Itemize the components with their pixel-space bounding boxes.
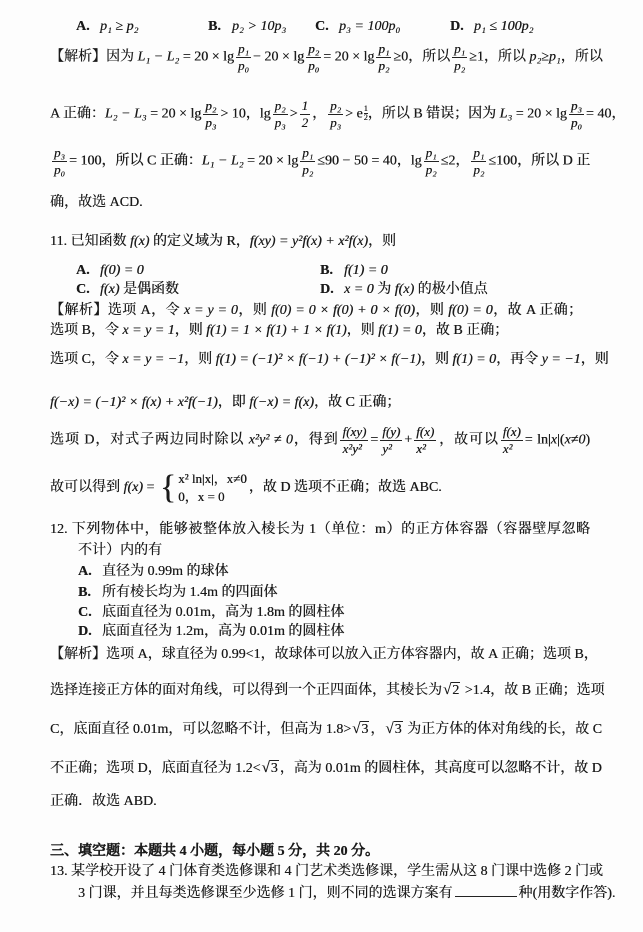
math-expression: p₁ ≤ 100p₂ [474,19,533,34]
math-expression: f(x) [124,480,143,495]
fraction: p₁p₂ [424,146,439,177]
text-run: ≥1，所以 [469,50,529,65]
text-run: ，则 [368,234,396,249]
text-run: ，故可以 [438,433,499,448]
q10-analysis-line-4: 确，故选 ACD. [50,194,143,212]
option-body: 底面直径为 0.01m，高为 1.8m 的圆柱体 [102,605,344,620]
square-root: 3 [385,720,402,739]
option-body: 直径为 0.99m 的球体 [102,564,228,579]
text-run: 选项 D，对式子两边同时除以 [50,433,249,448]
math-expression: f(1) = 0 [452,352,496,367]
math-expression: f(x) [130,234,149,249]
text-run: ， [370,722,384,737]
piecewise-function: x² ln|x|，x≠00，x = 0 [160,470,247,506]
text-run: 不计）内的有 [78,543,162,558]
fraction-denominator: x²y² [340,441,368,456]
text-run: ，即 [218,395,250,410]
text-run: ，故 B 正确； [422,323,508,338]
text-run: > e [345,107,363,122]
q11-option-c: C.f(x) 是偶函数 [76,281,179,299]
q12-stem-line-2: 不计）内的有 [78,542,162,560]
math-expression: f(1) = 0 [344,263,388,278]
fraction-numerator: 1 [300,99,311,115]
answer-blank [455,884,517,897]
text-run: = 20 × lg [323,50,374,65]
square-root: 3 [352,720,369,739]
math-expression: x = 0 [344,282,374,297]
fraction-numerator: f(x) [414,425,436,441]
text-run: = ln| [525,433,551,448]
q10-option-c: C.p₃ = 100p₀ [315,18,400,36]
q10-analysis-line-2: A 正确：L₂ − L₃ = 20 × lgp₂p₃> 10，lgp₂p₃>12… [50,99,590,130]
fraction: p₁p₀ [236,42,251,73]
q11-stem: 11. 已知函数 f(x) 的定义域为 R，f(xy) = y²f(x) + x… [50,233,396,251]
option-label: C. [76,281,100,299]
text-run: 【解析】选项 A，令 [50,303,184,318]
option-body: p₂ > 10p₃ [232,19,286,34]
fraction: p₂p₃ [203,99,218,130]
q12-option-d: D.底面直径为 1.2m，高为 0.01m 的圆柱体 [78,623,344,641]
q10-option-d: D.p₁ ≤ 100p₂ [450,18,533,36]
fraction-denominator: p₂ [452,58,467,73]
text-run: − 20 × lg [253,50,304,65]
option-body: f(1) = 0 [344,263,388,278]
text-run: ，则 [238,303,271,318]
fraction: 12 [300,99,311,130]
text-run: 直径为 0.99m 的球体 [102,564,228,579]
math-expression: p₂≥p₁ [529,50,560,65]
math-expression: L₃ [500,107,513,122]
math-expression: f(x) [395,282,414,297]
option-body: p₃ = 100p₀ [339,19,400,34]
text-run: ，得到 [293,433,339,448]
fraction-denominator: p₂ [471,162,486,177]
q12-analysis-line-3: C，底面直径 0.01m，可以忽略不计，但高为 1.8>3，3 为正方体的体对角… [50,720,590,739]
text-run: 底面直径为 0.01m，高为 1.8m 的圆柱体 [102,605,344,620]
math-expression: x = y = 1 [122,323,174,338]
text-run: ，则 [421,352,453,367]
text-run: 选项 B，令 [50,323,122,338]
q12-stem-line-1: 12. 下列物体中，能够被整体放入棱长为 1（单位：m）的正方体容器（容器壁厚忽… [50,521,590,539]
math-expression: f(0) = 0 × f(0) + 0 × f(0) [271,303,415,318]
text-run: 12. 下列物体中，能够被整体放入棱长为 1（单位：m）的正方体容器（容器壁厚忽… [50,522,590,537]
q10-analysis-line-1: 【解析】因为 L₁ − L₂ = 20 × lgp₁p₀− 20 × lgp₂p… [50,42,590,73]
text-run: = 40， [586,107,625,122]
math-expression: f(xy) = y²f(x) + x²f(x) [250,234,368,249]
text-run: 11. 已知函数 [50,234,130,249]
q13-stem-line-1: 13. 某学校开设了 4 门体育类选修课和 4 门艺术类选修课，学生需从这 8 … [50,863,590,881]
fraction-numerator: p₂ [328,99,343,115]
q12-option-c: C.底面直径为 0.01m，高为 1.8m 的圆柱体 [78,604,344,622]
fraction: f(y)y² [380,425,402,456]
text-run: ， [312,107,326,122]
text-run: ，高为 0.01m 的圆柱体，其高度可以忽略不计，故 D [280,761,602,776]
fraction-numerator: p₃ [569,99,584,115]
text-run: 为正方体的体对角线的长，故 C [404,722,602,737]
fraction-numerator: f(xy) [340,425,368,441]
q12-analysis-line-2: 选择连接正方体的面对角线，可以得到一个正四面体，其棱长为2 >1.4，故 B 正… [50,681,590,700]
q11-analysis-line-2: 选项 B，令 x = y = 1，则 f(1) = 1 × f(1) + 1 ×… [50,322,508,340]
text-run: = 100，所以 C 正确： [69,154,202,169]
fraction: f(xy)x²y² [340,425,368,456]
fraction: p₂p₀ [306,42,321,73]
fraction-numerator: p₁ [452,42,467,58]
math-expression: y = −1 [542,352,581,367]
math-expression: x = y = −1 [122,352,184,367]
fraction-denominator: x² [501,441,523,456]
fraction-numerator: p₁ [471,146,486,162]
text-run: A 正确： [50,107,105,122]
text-run: C，底面直径 0.01m，可以忽略不计，但高为 1.8> [50,722,351,737]
piecewise-case: x² ln|x|，x≠0 [178,470,247,488]
math-expression: x = y = 0 [184,303,238,318]
fraction-denominator: p₂ [376,58,391,73]
fraction-denominator: y² [380,441,402,456]
radicand: 3 [270,760,279,776]
option-body: x = 0 为 f(x) 的极小值点 [344,282,488,297]
text-run: ，则 [184,352,216,367]
fraction-denominator: p₃ [328,115,343,130]
fraction: p₂p₃ [273,99,288,130]
fraction: f(x)x² [414,425,436,456]
text-run: 确，故选 ACD. [50,195,143,210]
math-expression: f(1) = (−1)² × f(−1) + (−1)² × f(−1) [216,352,421,367]
text-run: + [404,433,412,448]
fraction-numerator: p₂ [273,99,288,115]
fraction-denominator: p₃ [203,115,218,130]
fraction: p₃p₀ [569,99,584,130]
option-body: f(x) 是偶函数 [100,282,179,297]
text-run: 种(用数字作答). [519,886,616,901]
option-body: 所有棱长均为 1.4m 的四面体 [102,585,277,600]
text-run: = [370,433,378,448]
fraction-denominator: p₀ [52,162,67,177]
option-label: B. [320,262,344,280]
section-title: 三、填空题：本题共 4 小题，每小题 5 分，共 20 分。 [50,843,379,861]
fraction-numerator: p₂ [203,99,218,115]
option-label: A. [78,563,102,581]
option-label: C. [78,604,102,622]
q10-option-b: B.p₂ > 10p₃ [208,18,286,36]
math-expression: p₂ > 10p₃ [232,19,286,34]
fraction-numerator: f(y) [380,425,402,441]
q10-analysis-line-3: p₃p₀= 100，所以 C 正确：L₁ − L₂ = 20 × lgp₁p₂≤… [50,146,590,177]
fraction-denominator: p₀ [306,58,321,73]
option-body: p₁ ≤ 100p₂ [474,19,533,34]
fraction-denominator: 2 [300,115,311,130]
fraction-denominator: p₀ [569,115,584,130]
text-run: 是偶函数 [119,282,179,297]
fraction-numerator: p₂ [306,42,321,58]
text-run: ，则 [581,352,609,367]
square-root: 2 [443,681,460,700]
q13-stem-line-2: 3 门课，并且每类选修课至少选修 1 门，则不同的选课方案有种(用数字作答). [78,884,590,903]
text-run: 故可以得到 [50,480,124,495]
text-run: ，则 [175,323,207,338]
option-body: 底面直径为 1.2m，高为 0.01m 的圆柱体 [102,624,344,639]
text-run: > 10，lg [220,107,270,122]
option-label: D. [320,281,344,299]
text-run: > [290,107,298,122]
text-run: = 20 × lg [244,154,299,169]
radicand: 2 [451,682,460,698]
q11-analysis-line-3: 选项 C，令 x = y = −1，则 f(1) = (−1)² × f(−1)… [50,351,590,369]
q11-analysis-line-5: 选项 D，对式子两边同时除以 x²y² ≠ 0，得到f(xy)x²y²=f(y)… [50,425,590,456]
text-run: 的极小值点 [414,282,488,297]
fraction-numerator: p₁ [236,42,251,58]
math-expression: f(0) = 0 [448,303,493,318]
text-run: ，故 A 正确； [493,303,582,318]
text-run: ) [585,433,590,448]
fraction: p₁p₂ [300,146,315,177]
fraction-denominator: p₃ [273,115,288,130]
text-run: 选项 C，令 [50,352,122,367]
fraction-numerator: p₁ [376,42,391,58]
math-expression: f(1) = 1 × f(1) + 1 × f(1) [206,323,346,338]
math-expression: f(−x) = f(x) [249,395,314,410]
q10-option-a: A.p₁ ≥ p₂ [76,18,138,36]
q12-option-b: B.所有棱长均为 1.4m 的四面体 [78,584,277,602]
text-run: ≤90 − 50 = 40，lg [317,154,421,169]
text-run: ，故 D 选项不正确；故选 ABC. [249,480,442,495]
option-label: B. [208,18,232,36]
fraction-denominator: p₂ [424,162,439,177]
text-run: = 20 × lg [179,50,234,65]
text-run: 底面直径为 1.2m，高为 0.01m 的圆柱体 [102,624,344,639]
math-expression: f(x) [100,282,119,297]
math-expression: f(1) = 0 [378,323,422,338]
fraction-numerator: p₁ [300,146,315,162]
text-run: ，则 [347,323,379,338]
q12-option-a: A.直径为 0.99m 的球体 [78,563,228,581]
q11-option-a: A.f(0) = 0 [76,262,144,280]
square-root: 3 [262,759,279,778]
fraction-denominator: p₂ [300,162,315,177]
text-run: 13. 某学校开设了 4 门体育类选修课和 4 门艺术类选修课，学生需从这 8 … [50,864,603,879]
text-run: ，所以 B 错误；因为 [368,107,500,122]
text-run: ，故 C 正确； [314,395,400,410]
text-run: 正确．故选 ABD. [50,794,157,809]
text-run: 为 [374,282,395,297]
text-run: 选择连接正方体的面对角线，可以得到一个正四面体，其棱长为 [50,683,442,698]
math-expression: p₁ ≥ p₂ [100,19,138,34]
text-run: ，再令 [496,352,542,367]
fraction: p₃p₀ [52,146,67,177]
text-run: ，所以 [561,50,603,65]
fraction-numerator: p₁ [424,146,439,162]
math-expression: x≠0 [564,433,585,448]
math-expression: L₂ − L₃ [105,107,147,122]
q11-option-d: D.x = 0 为 f(x) 的极小值点 [320,281,488,299]
text-run: ≤100，所以 D 正 [488,154,590,169]
option-label: A. [76,18,100,36]
fraction-denominator: p₀ [236,58,251,73]
text-run: ，则 [415,303,448,318]
fraction-numerator: f(x) [501,425,523,441]
math-expression: L₁ − L₂ [138,50,180,65]
fraction: p₂p₃ [328,99,343,130]
fraction: p₁p₂ [452,42,467,73]
fraction-denominator: x² [414,441,436,456]
text-run: 不正确；选项 D，底面直径为 1.2< [50,761,261,776]
option-label: D. [78,623,102,641]
piecewise-case: 0，x = 0 [178,488,247,506]
math-expression: x²y² ≠ 0 [249,433,293,448]
q11-analysis-line-4: f(−x) = (−1)² × f(x) + x²f(−1)，即 f(−x) =… [50,394,400,412]
text-run: 【解析】选项 A，球直径为 0.99<1，故球体可以放入正方体容器内，故 A 正… [50,647,598,662]
radicand: 3 [394,721,403,737]
option-body: f(0) = 0 [100,263,144,278]
fraction: p₁p₂ [471,146,486,177]
text-run: = [143,480,158,495]
math-expression: f(−x) = (−1)² × f(x) + x²f(−1) [50,395,218,410]
fraction: f(x)x² [501,425,523,456]
math-expression: L₁ − L₂ [202,154,244,169]
option-label: A. [76,262,100,280]
text-run: ≥0，所以 [393,50,450,65]
text-run: = 20 × lg [512,107,567,122]
option-label: C. [315,18,339,36]
fraction-numerator: p₃ [52,146,67,162]
text-run: 所有棱长均为 1.4m 的四面体 [102,585,277,600]
option-body: p₁ ≥ p₂ [100,19,138,34]
math-expression: p₃ = 100p₀ [339,19,400,34]
piecewise-cases: x² ln|x|，x≠00，x = 0 [178,470,247,506]
option-label: D. [450,18,474,36]
q11-analysis-line-6: 故可以得到 f(x) = x² ln|x|，x≠00，x = 0，故 D 选项不… [50,470,442,506]
radicand: 3 [360,721,369,737]
text-run: 的定义域为 R， [149,234,249,249]
exam-page: A.p₁ ≥ p₂ B.p₂ > 10p₃ C.p₃ = 100p₀ D.p₁ … [0,0,643,932]
text-run: >1.4，故 B 正确；选项 [461,683,604,698]
fraction: p₁p₂ [376,42,391,73]
q12-analysis-line-4: 不正确；选项 D，底面直径为 1.2<3，高为 0.01m 的圆柱体，其高度可以… [50,759,590,778]
text-run: 3 门课，并且每类选修课至少选修 1 门，则不同的选课方案有 [78,886,453,901]
q12-analysis-line-5: 正确．故选 ABD. [50,793,157,811]
option-label: B. [78,584,102,602]
math-expression: f(0) = 0 [100,263,144,278]
q11-option-b: B.f(1) = 0 [320,262,388,280]
q12-analysis-line-1: 【解析】选项 A，球直径为 0.99<1，故球体可以放入正方体容器内，故 A 正… [50,646,590,664]
q11-analysis-line-1: 【解析】选项 A，令 x = y = 0，则 f(0) = 0 × f(0) +… [50,302,582,320]
text-run: 【解析】因为 [50,50,138,65]
text-run: ≤2， [441,154,470,169]
text-run: = 20 × lg [147,107,202,122]
